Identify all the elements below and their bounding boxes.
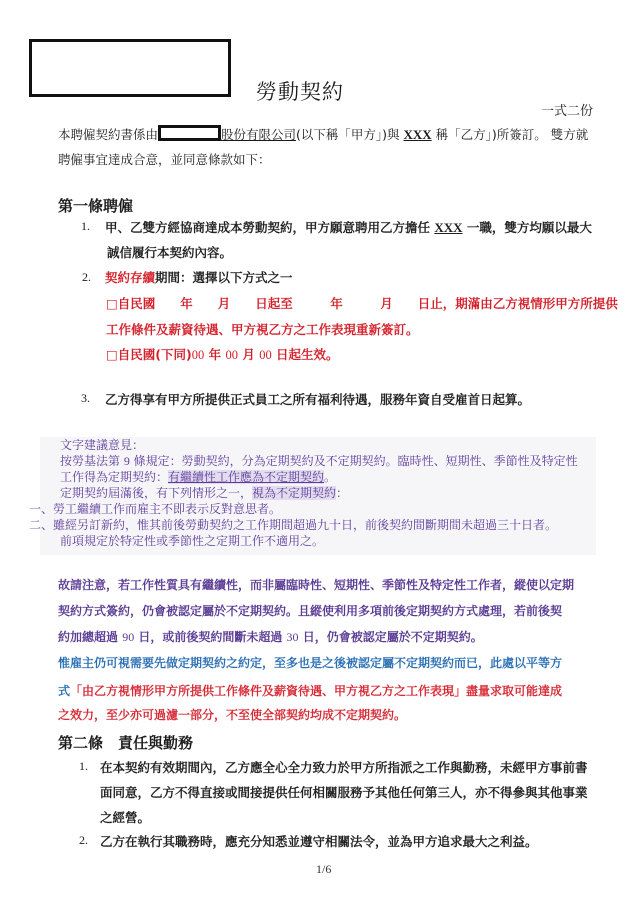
article-2-item-1-number: 1. bbox=[79, 759, 88, 774]
note-paragraph-1-line-3: 約加總超過 90 日，或前後契約間斷未超過 30 日，仍會被認定屬於不定期契約。 bbox=[58, 628, 483, 645]
article-1-item-1-line-1: 甲、乙雙方經協商達成本勞動契約，甲方願意聘用乙方擔任 XXX 一職，雙方均願以最… bbox=[105, 218, 592, 236]
contract-option-2[interactable]: □自民國(下同)00 年 00 月 00 日起生效。 bbox=[106, 345, 339, 363]
comment-line-1: 按勞基法第 9 條規定：勞動契約，分為定期契約及不定期契約。臨時性、短期性、季節… bbox=[60, 453, 578, 469]
contract-option-1-line-1[interactable]: □自民國 年 月 日起至 年 月 日止，期滿由乙方視情形甲方所提供 bbox=[106, 294, 618, 312]
note-paragraph-2-line-2: 式「由乙方視情形甲方所提供工作條件及薪資待遇、甲方視乙方之工作表現」盡量求取可能… bbox=[58, 680, 562, 699]
article-1-item-2-label: 契約存續期間：選擇以下方式之一 bbox=[105, 268, 293, 286]
intro-line-2: 聘僱事宜達成合意，並同意條款如下： bbox=[58, 152, 271, 168]
comment-line-5: 二、雖經另訂新約，惟其前後勞動契約之工作期間超過九十日，前後契約間斷期間未超過三… bbox=[29, 517, 557, 533]
redacted-logo-box bbox=[29, 39, 231, 97]
article-2-heading: 第二條 責任與勤務 bbox=[58, 732, 193, 753]
comment-line-6: 前項規定於特定性或季節性之定期工作不適用之。 bbox=[60, 533, 324, 549]
copies-label: 一式二份 bbox=[541, 100, 593, 119]
highlighted-phrase: 視為不定期契約 bbox=[252, 486, 336, 500]
article-2-item-2-number: 2. bbox=[79, 833, 88, 848]
party-b-name: XXX bbox=[404, 127, 432, 142]
company-suffix: 股份有限公司 bbox=[221, 127, 296, 142]
comment-line-3: 定期契約屆滿後，有下列情形之一，視為不定期契約： bbox=[60, 485, 348, 501]
article-1-item-1-line-2: 誠信履行本契約內容。 bbox=[107, 243, 232, 261]
document-title: 勞動契約 bbox=[256, 76, 344, 106]
comment-line-4: 一、勞工繼續工作而雇主不即表示反對意思者。 bbox=[29, 501, 281, 517]
highlighted-link[interactable]: 有繼續性工作應為不定期契約 bbox=[168, 470, 324, 484]
article-1-item-3-number: 3. bbox=[81, 391, 90, 406]
article-2-item-2-line-1: 乙方在執行其職務時，應充分知悉並遵守相關法令，並為甲方追求最大之利益。 bbox=[100, 832, 538, 850]
note-paragraph-1-line-1: 故請注意，若工作性質具有繼續性，而非屬臨時性、短期性、季節性及特定性工作者，縱使… bbox=[58, 576, 574, 593]
comment-line-2: 工作得為定期契約：有繼續性工作應為不定期契約。 bbox=[60, 469, 336, 485]
contract-option-1-line-2: 工作條件及薪資待遇、甲方視乙方之工作表現重新簽訂。 bbox=[106, 320, 419, 338]
article-2-item-1-line-3: 之經營。 bbox=[100, 808, 150, 826]
comment-title: 文字建議意見： bbox=[60, 437, 144, 453]
redacted-company-name bbox=[158, 125, 221, 141]
article-2-item-1-line-1: 在本契約有效期間內，乙方應全心全力致力於甲方所指派之工作與勤務，未經甲方事前書 bbox=[100, 758, 588, 776]
note-paragraph-2-line-3: 之效力，至少亦可過濾一部分，不至使全部契約均成不定期契約。 bbox=[58, 706, 406, 723]
intro-line-1: 本聘僱契約書係由股份有限公司(以下稱「甲方」)與 XXX 稱「乙方」)所簽訂。 … bbox=[58, 125, 588, 143]
page-number: 1/6 bbox=[316, 862, 331, 877]
note-paragraph-1-line-2: 契約方式簽約，仍會被認定屬於不定期契約。且縱使利用多項前後定期契約方式處理，若前… bbox=[58, 602, 562, 619]
article-1-item-3-text: 乙方得享有甲方所提供正式員工之所有福利待遇，服務年資自受雇首日起算。 bbox=[105, 390, 530, 408]
article-1-item-1-number: 1. bbox=[81, 219, 90, 234]
article-1-heading: 第一條聘僱 bbox=[58, 195, 133, 216]
article-2-item-1-line-2: 面同意，乙方不得直接或間接提供任何相關服務予其他任何第三人，亦不得參與其他事業 bbox=[100, 783, 588, 801]
note-paragraph-2-line-1: 惟雇主仍可視需要先做定期契約之約定，至多也是之後被認定屬不定期契約而已，此處以平… bbox=[58, 654, 562, 671]
position-name: XXX bbox=[434, 220, 462, 235]
article-1-item-2-number: 2. bbox=[82, 270, 91, 285]
